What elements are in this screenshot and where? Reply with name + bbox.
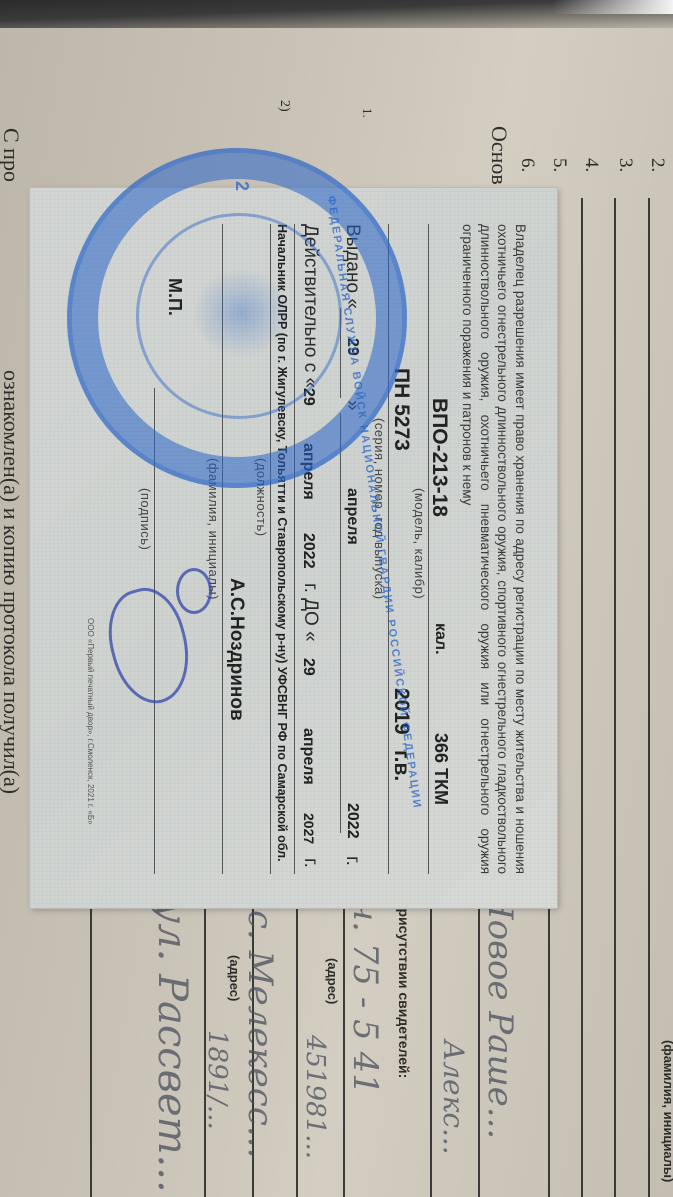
witness-number-1: 1. bbox=[359, 108, 375, 118]
handwritten-number: 1891/... bbox=[202, 1030, 232, 1130]
issued-month-underline bbox=[340, 413, 341, 833]
handwriting-line: Алекс... bbox=[437, 1040, 470, 1155]
signature-caption: (подпись) bbox=[138, 488, 153, 550]
list-number-4: 4. bbox=[580, 158, 602, 172]
form-rule bbox=[648, 198, 650, 1197]
form-rule bbox=[581, 198, 583, 1197]
witnesses-heading: присутствии свидетелей: bbox=[396, 900, 412, 1078]
official-name: А.С.Ноздринов bbox=[225, 578, 247, 721]
handwriting-line: Новое Раше... bbox=[480, 890, 520, 1139]
form-rule bbox=[296, 900, 298, 1197]
list-number-3: 3. bbox=[614, 158, 636, 172]
list-number-2: 2. bbox=[646, 158, 668, 172]
handwriting-line: с. Мелекесс... bbox=[240, 910, 280, 1158]
permit-content: Владелец разрешения имеет право хранения… bbox=[30, 188, 557, 908]
form-rule bbox=[614, 198, 616, 1197]
valid-year-abbr: г. bbox=[299, 858, 321, 868]
model-caption: (модель, калибр) bbox=[412, 488, 427, 599]
issued-year-abbr: г. bbox=[341, 856, 363, 866]
caliber-value: 366 ТКМ bbox=[430, 733, 451, 805]
issued-month: апреля bbox=[343, 488, 361, 545]
handwritten-number: 451981... bbox=[300, 1035, 330, 1159]
permit-rights-paragraph: Владелец разрешения имеет право хранения… bbox=[459, 224, 529, 874]
eagle-emblem-icon bbox=[192, 268, 292, 358]
address-label-1: (адрес) bbox=[325, 958, 340, 1004]
official-seal-stamp: ФЕДЕРАЛЬНАЯ СЛУЖБА ВОЙСК НАЦИОНАЛЬНОЙ ГВ… bbox=[67, 148, 407, 488]
protocol-line-start: С про bbox=[0, 128, 24, 182]
protocol-acknowledgement: ознакомлен(а) и копию протокола получил(… bbox=[0, 370, 24, 794]
signature-loop bbox=[176, 568, 212, 614]
caliber-label: кал. bbox=[431, 623, 449, 655]
handwriting-line: ул. Рассвет... bbox=[149, 900, 195, 1193]
issued-year: 2022 bbox=[343, 803, 361, 839]
valid-to-year: 2027 bbox=[301, 813, 317, 844]
witness-number-2: 2) bbox=[276, 100, 292, 112]
firearm-permit-card: Владелец разрешения имеет право хранения… bbox=[30, 188, 557, 908]
weapon-model: ВПО-213-18 bbox=[427, 398, 451, 517]
model-underline bbox=[428, 224, 429, 874]
valid-to-month: апреля bbox=[299, 728, 317, 785]
valid-from-year: 2022 bbox=[299, 533, 317, 569]
osnov-label: Основ bbox=[486, 126, 512, 185]
valid-to-day: 29 bbox=[299, 658, 317, 676]
name-label: (фамилия, инициалы) bbox=[661, 1040, 673, 1182]
item-6-number: 6. bbox=[516, 158, 538, 172]
form-rule bbox=[430, 900, 432, 1197]
valid-to-label: г. ДО « bbox=[299, 583, 321, 642]
printer-imprint: ООО «Первый печатный двор», г.Смоленск, … bbox=[86, 618, 95, 825]
seal-number: 2 bbox=[231, 181, 252, 193]
list-number-5: 5. bbox=[548, 158, 570, 172]
form-rule bbox=[90, 900, 92, 1197]
handwriting-line: ч. 75 - 5 41 bbox=[345, 900, 385, 1095]
